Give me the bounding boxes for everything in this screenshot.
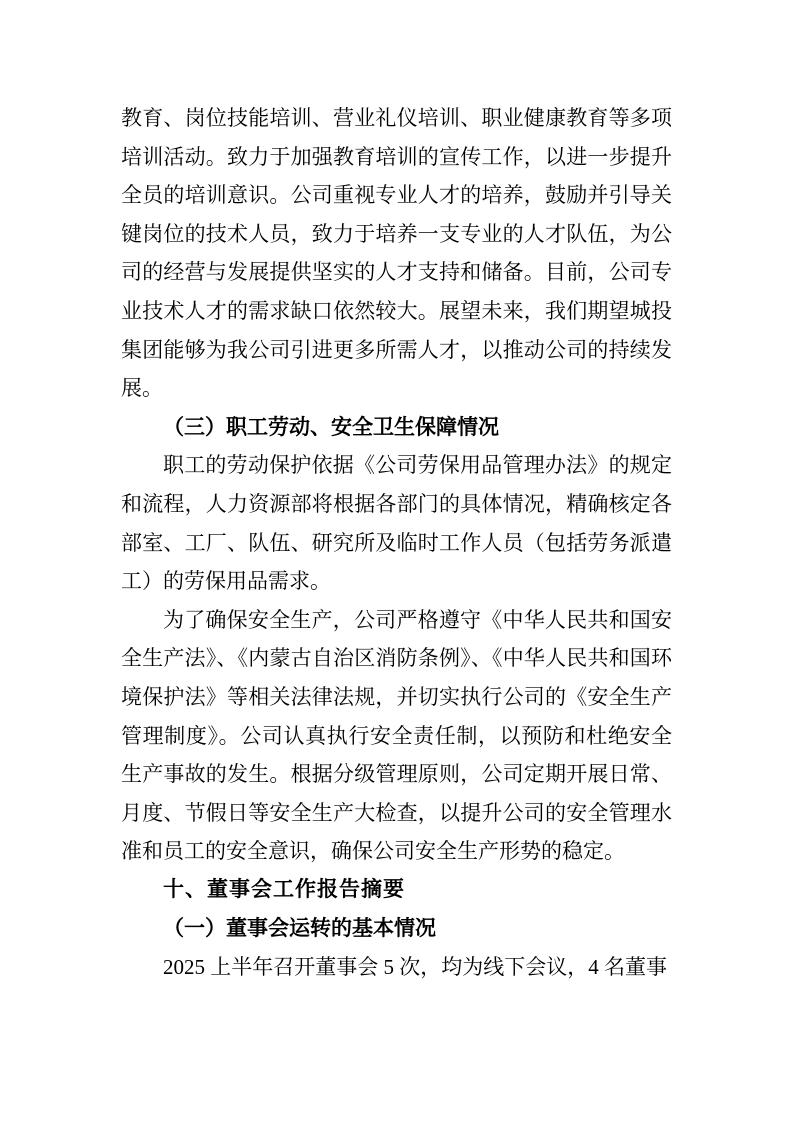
chapter-heading-board-report: 十、董事会工作报告摘要 — [121, 871, 672, 910]
document-page: 教育、岗位技能培训、营业礼仪培训、职业健康教育等多项培训活动。致力于加强教育培训… — [0, 0, 793, 1122]
body-paragraph-board-meetings: 2025 上半年召开董事会 5 次，均为线下会议，4 名董事 — [121, 948, 672, 987]
body-paragraph-continuation: 教育、岗位技能培训、营业礼仪培训、职业健康教育等多项培训活动。致力于加强教育培训… — [121, 99, 672, 408]
body-paragraph-labor-protection: 职工的劳动保护依据《公司劳保用品管理办法》的规定和流程，人力资源部将根据各部门的… — [121, 446, 672, 600]
body-paragraph-safety-production: 为了确保安全生产，公司严格遵守《中华人民共和国安全生产法》、《内蒙古自治区消防条… — [121, 601, 672, 871]
subsection-heading-labor-safety: （三）职工劳动、安全卫生保障情况 — [121, 408, 672, 447]
subsection-heading-board-operation: （一）董事会运转的基本情况 — [121, 909, 672, 948]
